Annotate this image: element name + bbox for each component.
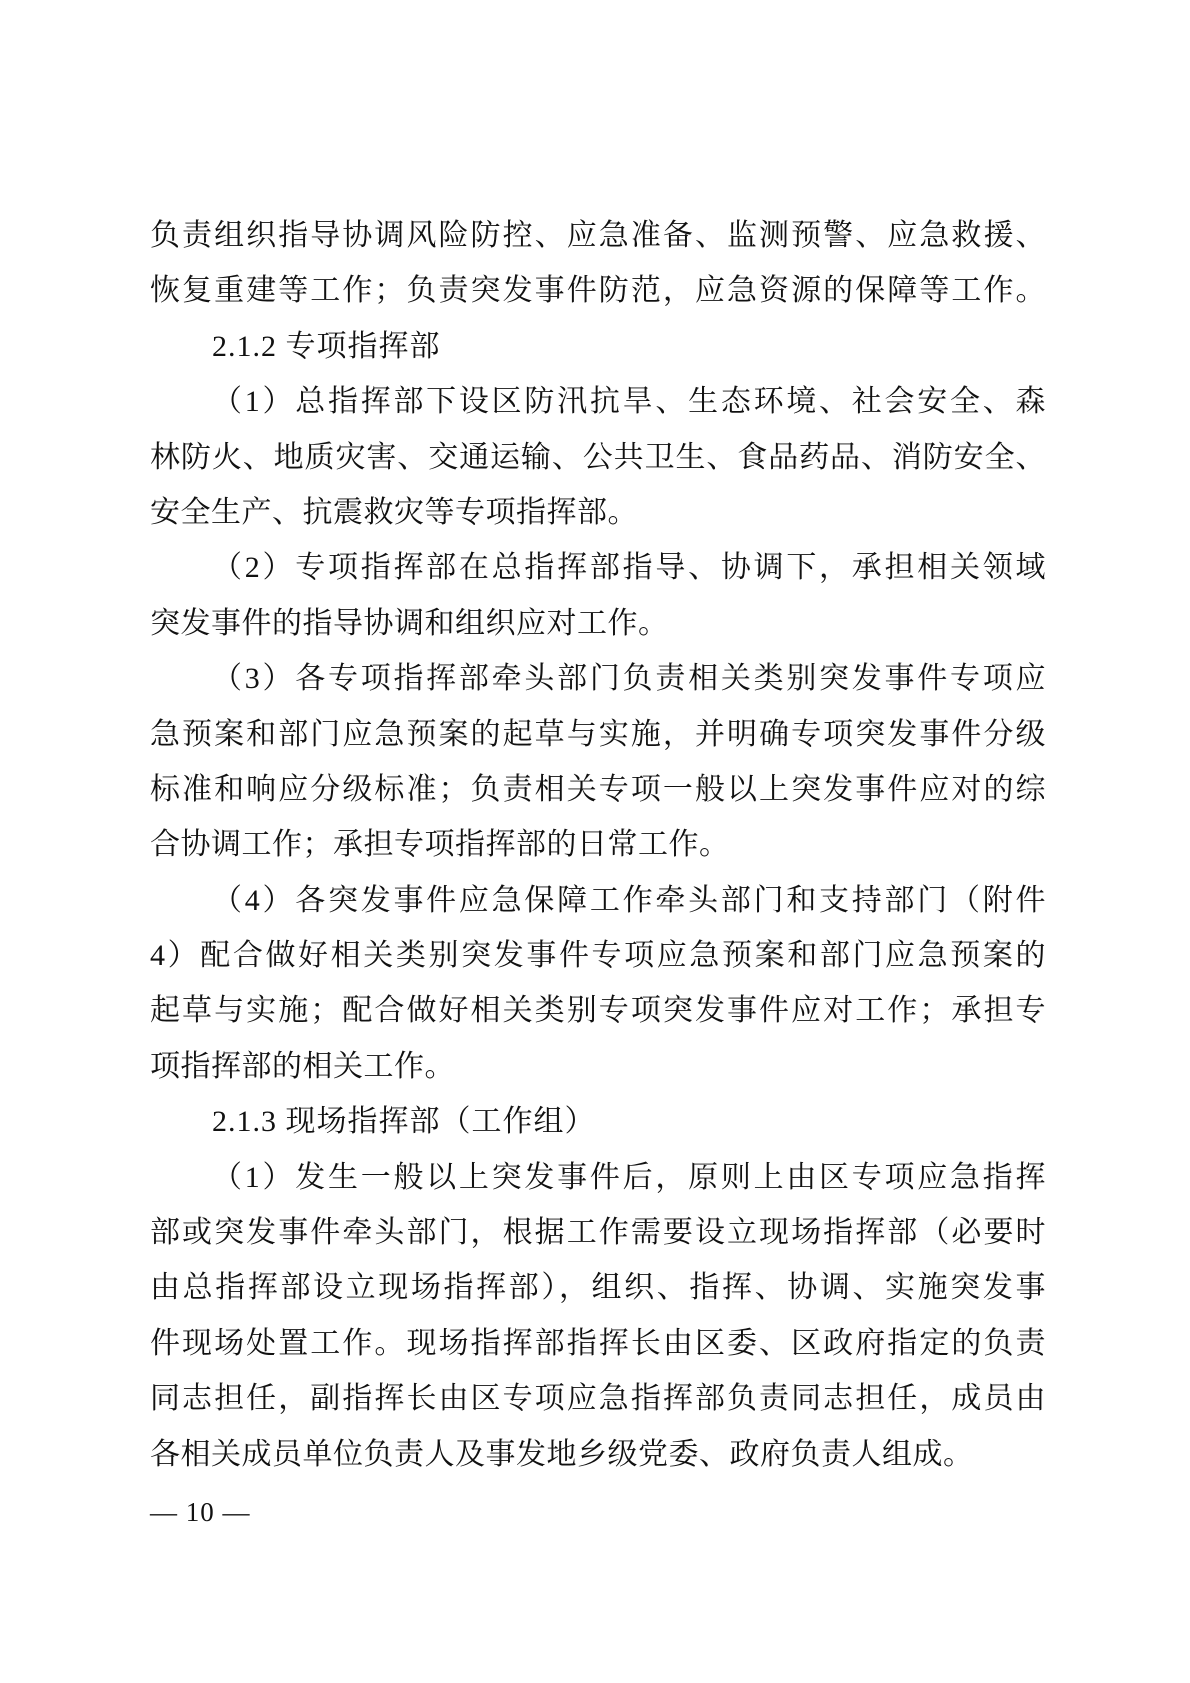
document-text-line: 2.1.3 现场指挥部（工作组） [150, 1094, 1046, 1149]
document-text-line: 4）配合做好相关类别突发事件专项应急预案和部门应急预案的 [150, 928, 1046, 983]
document-text-line: （2）专项指挥部在总指挥部指导、协调下，承担相关领域 [150, 540, 1046, 595]
document-text-line: 突发事件的指导协调和组织应对工作。 [150, 596, 1046, 651]
document-text-line: 项指挥部的相关工作。 [150, 1039, 1046, 1094]
document-text-line: 各相关成员单位负责人及事发地乡级党委、政府负责人组成。 [150, 1427, 1046, 1482]
document-text-line: 部或突发事件牵头部门，根据工作需要设立现场指挥部（必要时 [150, 1205, 1046, 1260]
document-text-line: （3）各专项指挥部牵头部门负责相关类别突发事件专项应 [150, 651, 1046, 706]
document-text-block: 负责组织指导协调风险防控、应急准备、监测预警、应急救援、恢复重建等工作；负责突发… [150, 208, 1046, 1482]
document-text-line: 林防火、地质灾害、交通运输、公共卫生、食品药品、消防安全、 [150, 430, 1046, 485]
document-page: 负责组织指导协调风险防控、应急准备、监测预警、应急救援、恢复重建等工作；负责突发… [0, 0, 1190, 1683]
document-text-line: （1）总指挥部下设区防汛抗旱、生态环境、社会安全、森 [150, 374, 1046, 429]
document-text-line: 标准和响应分级标准；负责相关专项一般以上突发事件应对的综 [150, 762, 1046, 817]
document-text-line: 同志担任，副指挥长由区专项应急指挥部负责同志担任，成员由 [150, 1371, 1046, 1426]
document-text-line: 合协调工作；承担专项指挥部的日常工作。 [150, 817, 1046, 872]
document-text-line: 2.1.2 专项指挥部 [150, 319, 1046, 374]
document-text-line: 件现场处置工作。现场指挥部指挥长由区委、区政府指定的负责 [150, 1316, 1046, 1371]
document-text-line: （4）各突发事件应急保障工作牵头部门和支持部门（附件 [150, 873, 1046, 928]
document-text-line: 起草与实施；配合做好相关类别专项突发事件应对工作；承担专 [150, 983, 1046, 1038]
document-text-line: （1）发生一般以上突发事件后，原则上由区专项应急指挥 [150, 1150, 1046, 1205]
document-text-line: 急预案和部门应急预案的起草与实施，并明确专项突发事件分级 [150, 707, 1046, 762]
page-number: — 10 — [150, 1496, 251, 1528]
document-text-line: 恢复重建等工作；负责突发事件防范，应急资源的保障等工作。 [150, 263, 1046, 318]
document-text-line: 由总指挥部设立现场指挥部），组织、指挥、协调、实施突发事 [150, 1260, 1046, 1315]
document-text-line: 负责组织指导协调风险防控、应急准备、监测预警、应急救援、 [150, 208, 1046, 263]
document-text-line: 安全生产、抗震救灾等专项指挥部。 [150, 485, 1046, 540]
